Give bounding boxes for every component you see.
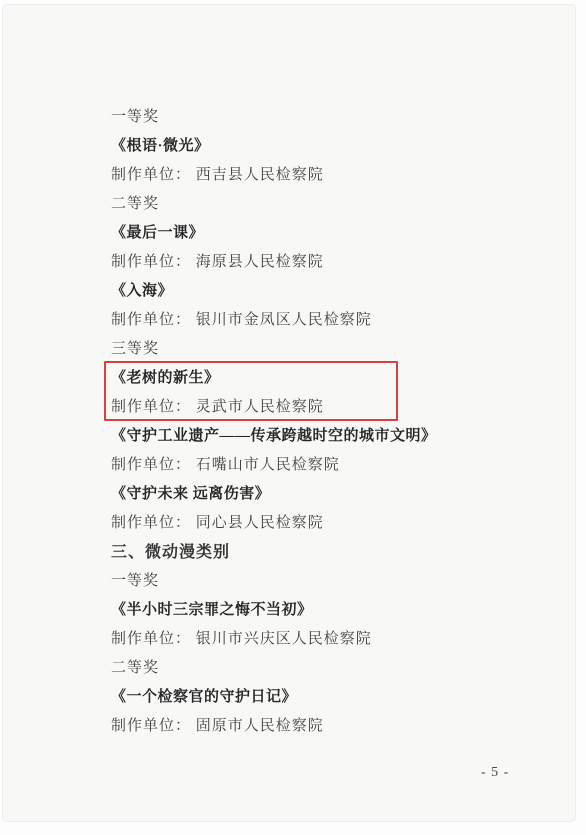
award-level-line: 二等奖 xyxy=(111,188,531,217)
document-lines: 一等奖《根语·微光》制作单位： 西吉县人民检察院二等奖《最后一课》制作单位： 海… xyxy=(111,101,531,739)
producer-unit-line: 制作单位： 西吉县人民检察院 xyxy=(111,159,531,188)
producer-unit-line: 制作单位： 海原县人民检察院 xyxy=(111,246,531,275)
producer-unit-line: 制作单位： 银川市金凤区人民检察院 xyxy=(111,304,531,333)
work-title-line: 《半小时三宗罪之悔不当初》 xyxy=(111,594,531,623)
award-level-line: 二等奖 xyxy=(111,652,531,681)
page-number: - 5 - xyxy=(481,765,509,781)
work-title-line: 《老树的新生》 xyxy=(111,362,531,391)
work-title-line: 《入海》 xyxy=(111,275,531,304)
section-heading: 三、微动漫类别 xyxy=(111,536,531,565)
work-title-line: 《一个检察官的守护日记》 xyxy=(111,681,531,710)
work-title-line: 《守护未来 远离伤害》 xyxy=(111,478,531,507)
work-title-line: 《根语·微光》 xyxy=(111,130,531,159)
award-level-line: 三等奖 xyxy=(111,333,531,362)
producer-unit-line: 制作单位： 灵武市人民检察院 xyxy=(111,391,531,420)
document-page: 一等奖《根语·微光》制作单位： 西吉县人民检察院二等奖《最后一课》制作单位： 海… xyxy=(2,4,576,822)
producer-unit-line: 制作单位： 固原市人民检察院 xyxy=(111,710,531,739)
producer-unit-line: 制作单位： 石嘴山市人民检察院 xyxy=(111,449,531,478)
work-title-line: 《最后一课》 xyxy=(111,217,531,246)
producer-unit-line: 制作单位： 银川市兴庆区人民检察院 xyxy=(111,623,531,652)
work-title-line: 《守护工业遗产——传承跨越时空的城市文明》 xyxy=(111,420,531,449)
award-level-line: 一等奖 xyxy=(111,565,531,594)
award-level-line: 一等奖 xyxy=(111,101,531,130)
producer-unit-line: 制作单位： 同心县人民检察院 xyxy=(111,507,531,536)
